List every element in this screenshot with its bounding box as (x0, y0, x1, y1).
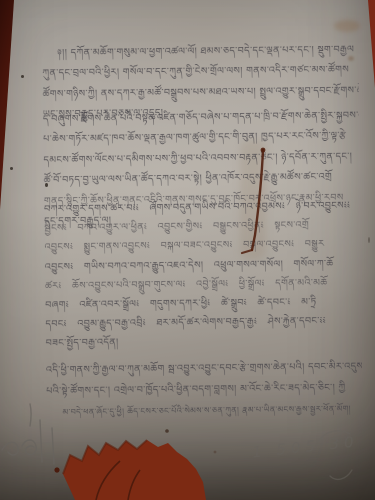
document-photo: ༈།། དཀོན་མཆོག་གསུམ་ལ་ཕྱག་འཚལ་ལོ། ཐམས་ཅད་… (0, 0, 375, 500)
speck (21, 75, 24, 78)
paper-sheet: ༈།། དཀོན་མཆོག་གསུམ་ལ་ཕྱག་འཚལ་ལོ། ཐམས་ཅད་… (0, 0, 375, 500)
speck (368, 237, 370, 243)
pencil-flourish-icon (0, 0, 375, 500)
speck (10, 167, 13, 170)
speck (45, 183, 48, 187)
